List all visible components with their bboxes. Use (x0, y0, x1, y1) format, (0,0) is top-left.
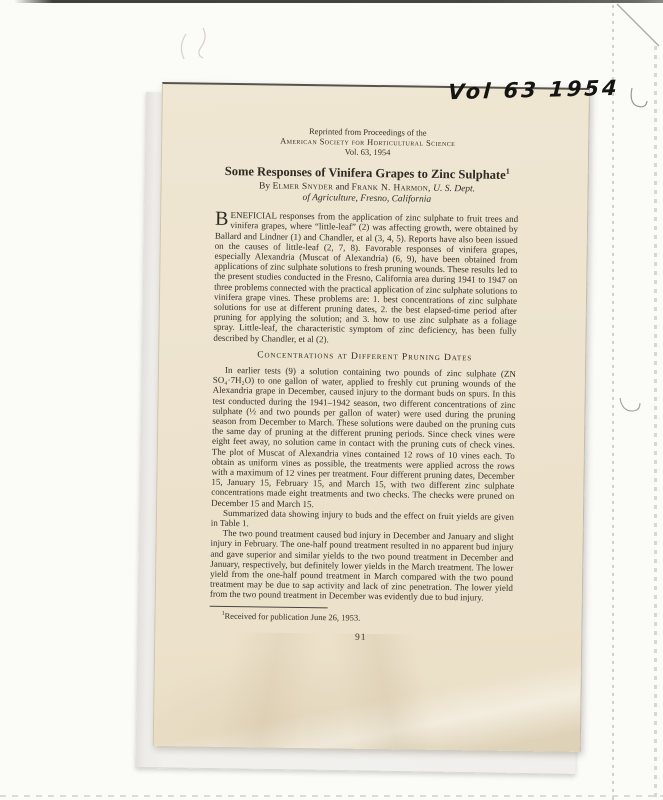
scanned-document: Reprinted from Proceedings of the Americ… (0, 0, 663, 800)
paragraph-2: In earlier tests (9) a solution containi… (211, 365, 516, 512)
footnote-text: Received for publication June 26, 1953. (224, 610, 360, 622)
folded-corner-line (617, 4, 659, 46)
author-1: Elmer Snyder (272, 182, 333, 193)
handwritten-annotation: Vol 63 1954 (447, 76, 620, 105)
torn-binder-hole-top (631, 88, 647, 107)
reprint-header: Reprinted from Proceedings of the Americ… (216, 125, 519, 159)
page-number: 91 (209, 630, 512, 644)
footnote: 1Received for publication June 26, 1953. (209, 608, 512, 624)
pencil-scribble-1 (181, 34, 186, 59)
pencil-scribble-2 (199, 28, 205, 58)
paper-wrinkles (154, 631, 582, 752)
perforation-column-outer (654, 46, 657, 800)
paragraph-4: The two pound treatment caused bud injur… (210, 528, 514, 604)
article-page: Reprinted from Proceedings of the Americ… (153, 82, 590, 752)
dropcap-initial: B (215, 210, 231, 228)
byline-and: and (333, 183, 352, 193)
article-title-text: Some Responses of Vinifera Grapes to Zin… (225, 164, 506, 182)
paragraph-1-text: ENEFICIAL responses from the application… (213, 210, 518, 344)
perforation-row-bottom (0, 795, 663, 797)
scanner-edge-line (14, 0, 663, 3)
author-2: Frank N. Harmon, (351, 183, 430, 194)
byline-by: By (259, 182, 273, 192)
section-heading: Concentrations at Different Pruning Date… (213, 350, 516, 364)
paragraph-1: BENEFICIAL responses from the applicatio… (213, 210, 518, 347)
article-content: Reprinted from Proceedings of the Americ… (209, 125, 519, 645)
footnote-rule (210, 605, 328, 608)
perforation-column-inner (612, 5, 614, 800)
title-footnote-marker: 1 (506, 167, 510, 176)
torn-binder-hole-middle (620, 398, 640, 411)
article-body: BENEFICIAL responses from the applicatio… (209, 210, 518, 645)
affiliation-1: U. S. Dept. (431, 184, 475, 195)
article-title: Some Responses of Vinifera Grapes to Zin… (216, 160, 519, 183)
byline: By Elmer Snyder and Frank N. Harmon, U. … (215, 181, 518, 207)
